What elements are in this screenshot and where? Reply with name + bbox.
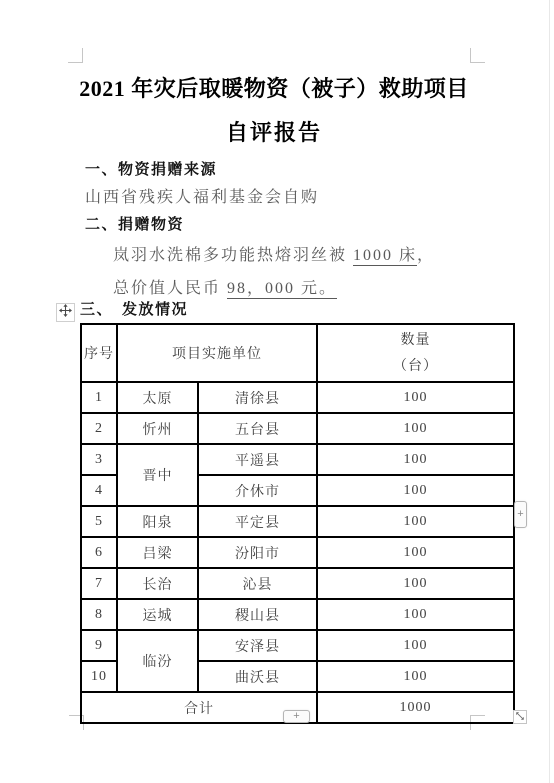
table-row: 2 忻州 五台县 100 [81,413,514,444]
total-value-underlined: 98，000 元。 [227,280,337,299]
cell-city[interactable]: 运城 [117,599,198,630]
add-row-button[interactable]: + [283,710,310,723]
cell-no[interactable]: 4 [81,475,117,506]
document-title-line2[interactable]: 自评报告 [0,116,548,147]
table-move-handle[interactable] [56,303,75,322]
goods-description: 岚羽水洗棉多功能热熔羽丝被 [113,247,353,264]
cell-city[interactable]: 吕梁 [117,537,198,568]
plus-icon: + [517,509,523,520]
cell-county[interactable]: 平定县 [198,506,317,537]
table-row: 1 太原 清徐县 100 [81,382,514,413]
qty-header-line2: （台） [318,357,513,376]
cell-city[interactable]: 阳泉 [117,506,198,537]
section2-heading[interactable]: 二、捐赠物资 [85,213,184,234]
value-description: 总价值人民币 [113,280,227,297]
cell-city-merged[interactable]: 晋中 [117,444,198,506]
total-value-cell[interactable]: 1000 [317,692,514,723]
cell-qty[interactable]: 100 [317,661,514,692]
goods-quantity-underlined: 1000 床 [353,247,417,266]
cell-city-merged[interactable]: 临汾 [117,630,198,692]
section2-line1[interactable]: 岚羽水洗棉多功能热熔羽丝被 1000 床， [113,242,435,265]
table-resize-handle[interactable] [513,710,527,724]
document-title-line1[interactable]: 2021 年灾后取暖物资（被子）救助项目 [0,72,548,103]
distribution-table: 序号 项目实施单位 数量 （台） 1 太原 清徐县 100 2 忻州 五台县 1… [80,323,515,724]
table-row: 8 运城 稷山县 100 [81,599,514,630]
cell-city[interactable]: 太原 [117,382,198,413]
cell-qty[interactable]: 100 [317,537,514,568]
section3-heading-text: 发放情况 [122,302,188,318]
cell-county[interactable]: 介休市 [198,475,317,506]
cell-county[interactable]: 安泽县 [198,630,317,661]
section3-heading[interactable]: 三、发放情况 [80,298,188,319]
table-row: 9 临汾 安泽县 100 [81,630,514,661]
cell-qty[interactable]: 100 [317,599,514,630]
margin-crop-mark-top-right [470,48,485,63]
cell-qty[interactable]: 100 [317,475,514,506]
plus-icon: + [293,711,299,722]
cell-city[interactable]: 忻州 [117,413,198,444]
section2-line2[interactable]: 总价值人民币 98，000 元。 [113,275,337,298]
cell-no[interactable]: 3 [81,444,117,475]
cell-no[interactable]: 7 [81,568,117,599]
cell-no[interactable]: 8 [81,599,117,630]
cell-no[interactable]: 2 [81,413,117,444]
cell-county[interactable]: 汾阳市 [198,537,317,568]
total-label-cell[interactable]: 合计 [81,692,317,723]
header-cell-no[interactable]: 序号 [81,324,117,382]
cell-county[interactable]: 曲沃县 [198,661,317,692]
cell-county[interactable]: 五台县 [198,413,317,444]
cell-no[interactable]: 10 [81,661,117,692]
goods-line1-suffix: ， [417,247,435,264]
cell-no[interactable]: 6 [81,537,117,568]
cell-county[interactable]: 平遥县 [198,444,317,475]
cell-qty[interactable]: 100 [317,444,514,475]
cell-qty[interactable]: 100 [317,630,514,661]
table-row: 7 长治 沁县 100 [81,568,514,599]
table-row: 3 晋中 平遥县 100 [81,444,514,475]
cell-qty[interactable]: 100 [317,506,514,537]
move-icon [59,304,72,322]
header-cell-qty[interactable]: 数量 （台） [317,324,514,382]
cell-no[interactable]: 1 [81,382,117,413]
cell-county[interactable]: 稷山县 [198,599,317,630]
cell-no[interactable]: 5 [81,506,117,537]
section3-heading-number: 三、 [80,302,113,318]
table-header-row: 序号 项目实施单位 数量 （台） [81,324,514,382]
cell-qty[interactable]: 100 [317,413,514,444]
table-row: 5 阳泉 平定县 100 [81,506,514,537]
section1-body-text[interactable]: 山西省残疾人福利基金会自购 [85,184,319,207]
qty-header-line1: 数量 [318,331,513,350]
section1-heading[interactable]: 一、物资捐赠来源 [85,158,217,179]
cell-qty[interactable]: 100 [317,568,514,599]
cell-no[interactable]: 9 [81,630,117,661]
cell-qty[interactable]: 100 [317,382,514,413]
add-column-button[interactable]: + [514,501,527,528]
cell-county[interactable]: 清徐县 [198,382,317,413]
margin-crop-mark-top-left [68,48,83,63]
page-right-edge [549,0,550,783]
table-row: 6 吕梁 汾阳市 100 [81,537,514,568]
cell-city[interactable]: 长治 [117,568,198,599]
resize-diagonal-icon [515,708,525,726]
cell-county[interactable]: 沁县 [198,568,317,599]
header-cell-unit[interactable]: 项目实施单位 [117,324,317,382]
